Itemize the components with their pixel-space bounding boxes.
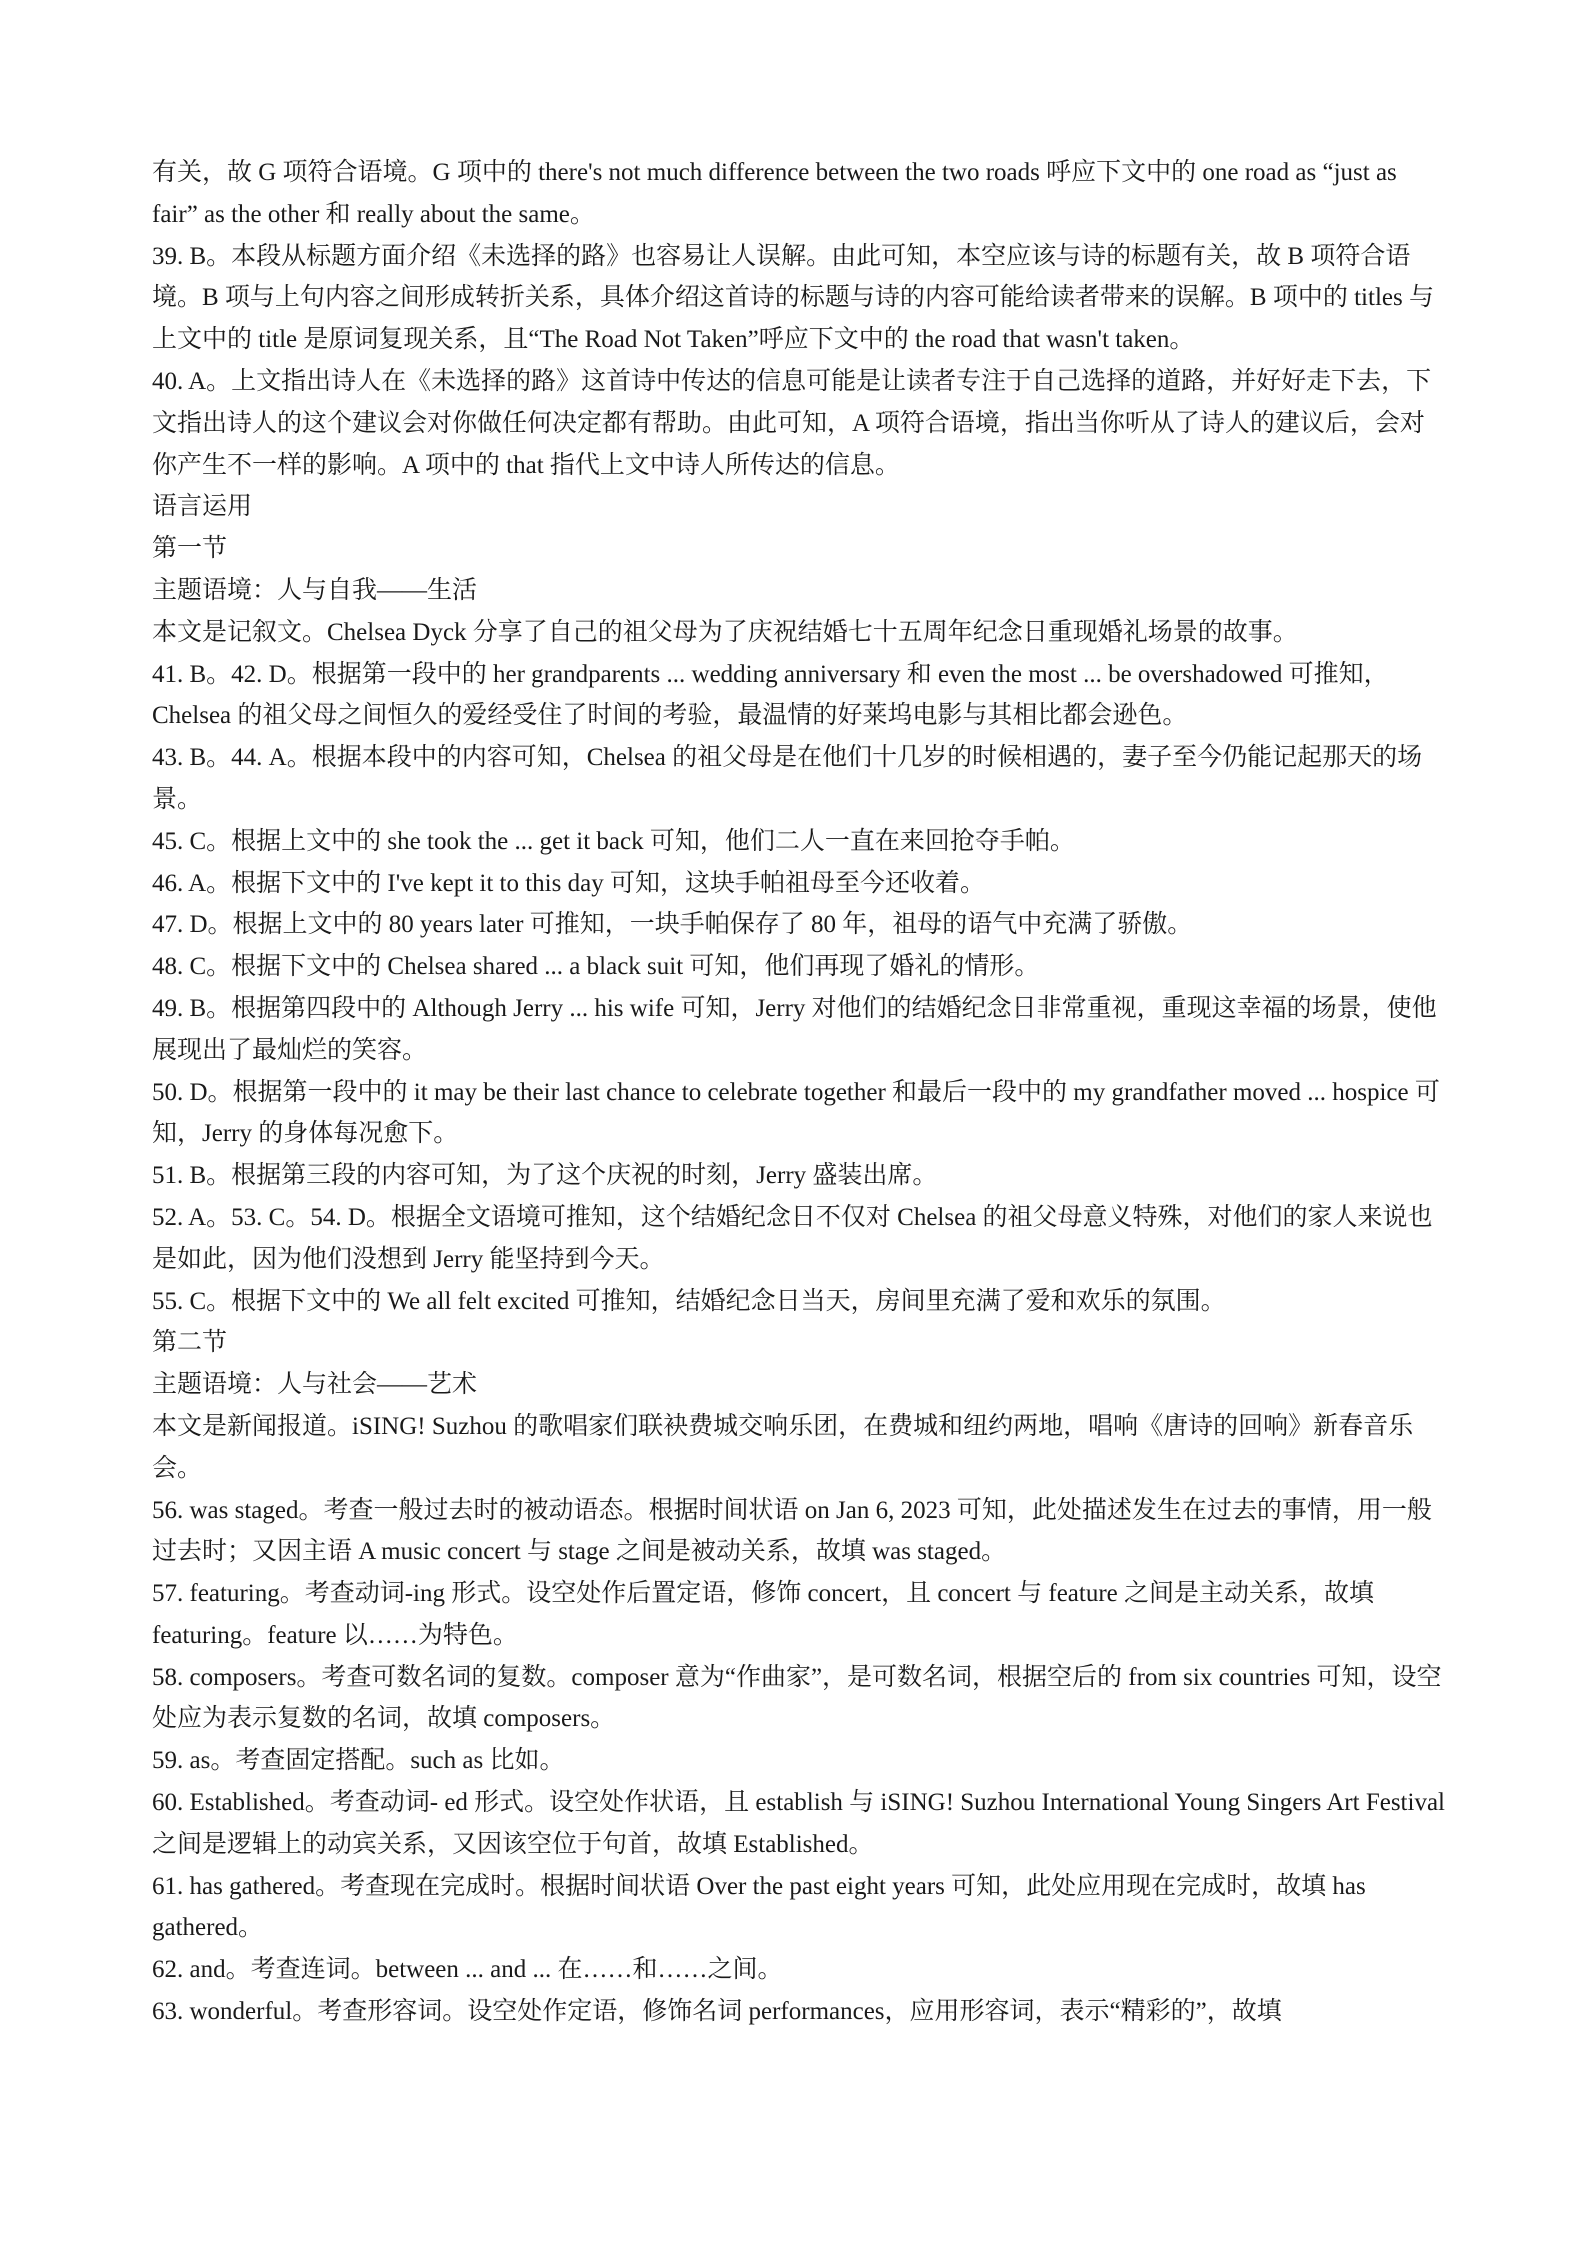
answer-40: 40. A。上文指出诗人在《未选择的路》这首诗中传达的信息可能是让读者专注于自己… xyxy=(152,361,1445,486)
theme-context-art: 主题语境：人与社会——艺术 xyxy=(152,1364,1445,1406)
paragraph-38-continuation: 有关，故 G 项符合语境。G 项中的 there's not much diff… xyxy=(152,152,1445,236)
section-heading-part-two: 第二节 xyxy=(152,1322,1445,1364)
theme-context-life: 主题语境：人与自我——生活 xyxy=(152,570,1445,612)
answer-61: 61. has gathered。考查现在完成时。根据时间状语 Over the… xyxy=(152,1866,1445,1950)
passage-summary-chelsea: 本文是记叙文。Chelsea Dyck 分享了自己的祖父母为了庆祝结婚七十五周年… xyxy=(152,612,1445,654)
answer-51: 51. B。根据第三段的内容可知，为了这个庆祝的时刻，Jerry 盛装出席。 xyxy=(152,1155,1445,1197)
answer-48: 48. C。根据下文中的 Chelsea shared ... a black … xyxy=(152,946,1445,988)
answer-57: 57. featuring。考查动词-ing 形式。设空处作后置定语，修饰 co… xyxy=(152,1573,1445,1657)
document-page: 有关，故 G 项符合语境。G 项中的 there's not much diff… xyxy=(152,152,1445,2033)
answer-50: 50. D。根据第一段中的 it may be their last chanc… xyxy=(152,1072,1445,1156)
answer-47: 47. D。根据上文中的 80 years later 可推知，一块手帕保存了 … xyxy=(152,904,1445,946)
answer-41-42: 41. B。42. D。根据第一段中的 her grandparents ...… xyxy=(152,654,1445,738)
answer-63: 63. wonderful。考查形容词。设空处作定语，修饰名词 performa… xyxy=(152,1991,1445,2033)
answer-58: 58. composers。考查可数名词的复数。composer 意为“作曲家”… xyxy=(152,1657,1445,1741)
section-heading-language-use: 语言运用 xyxy=(152,486,1445,528)
answer-45: 45. C。根据上文中的 she took the ... get it bac… xyxy=(152,821,1445,863)
answer-56: 56. was staged。考查一般过去时的被动语态。根据时间状语 on Ja… xyxy=(152,1490,1445,1574)
answer-60: 60. Established。考查动词- ed 形式。设空处作状语，且 est… xyxy=(152,1782,1445,1866)
answer-49: 49. B。根据第四段中的 Although Jerry ... his wif… xyxy=(152,988,1445,1072)
answer-55: 55. C。根据下文中的 We all felt excited 可推知，结婚纪… xyxy=(152,1281,1445,1323)
answer-59: 59. as。考查固定搭配。such as 比如。 xyxy=(152,1740,1445,1782)
section-heading-part-one: 第一节 xyxy=(152,528,1445,570)
answer-46: 46. A。根据下文中的 I've kept it to this day 可知… xyxy=(152,863,1445,905)
answer-39: 39. B。本段从标题方面介绍《未选择的路》也容易让人误解。由此可知，本空应该与… xyxy=(152,236,1445,361)
answer-52-54: 52. A。53. C。54. D。根据全文语境可推知，这个结婚纪念日不仅对 C… xyxy=(152,1197,1445,1281)
passage-summary-ising: 本文是新闻报道。iSING! Suzhou 的歌唱家们联袂费城交响乐团，在费城和… xyxy=(152,1406,1445,1490)
answer-43-44: 43. B。44. A。根据本段中的内容可知，Chelsea 的祖父母是在他们十… xyxy=(152,737,1445,821)
answer-62: 62. and。考查连词。between ... and ... 在……和……之… xyxy=(152,1949,1445,1991)
